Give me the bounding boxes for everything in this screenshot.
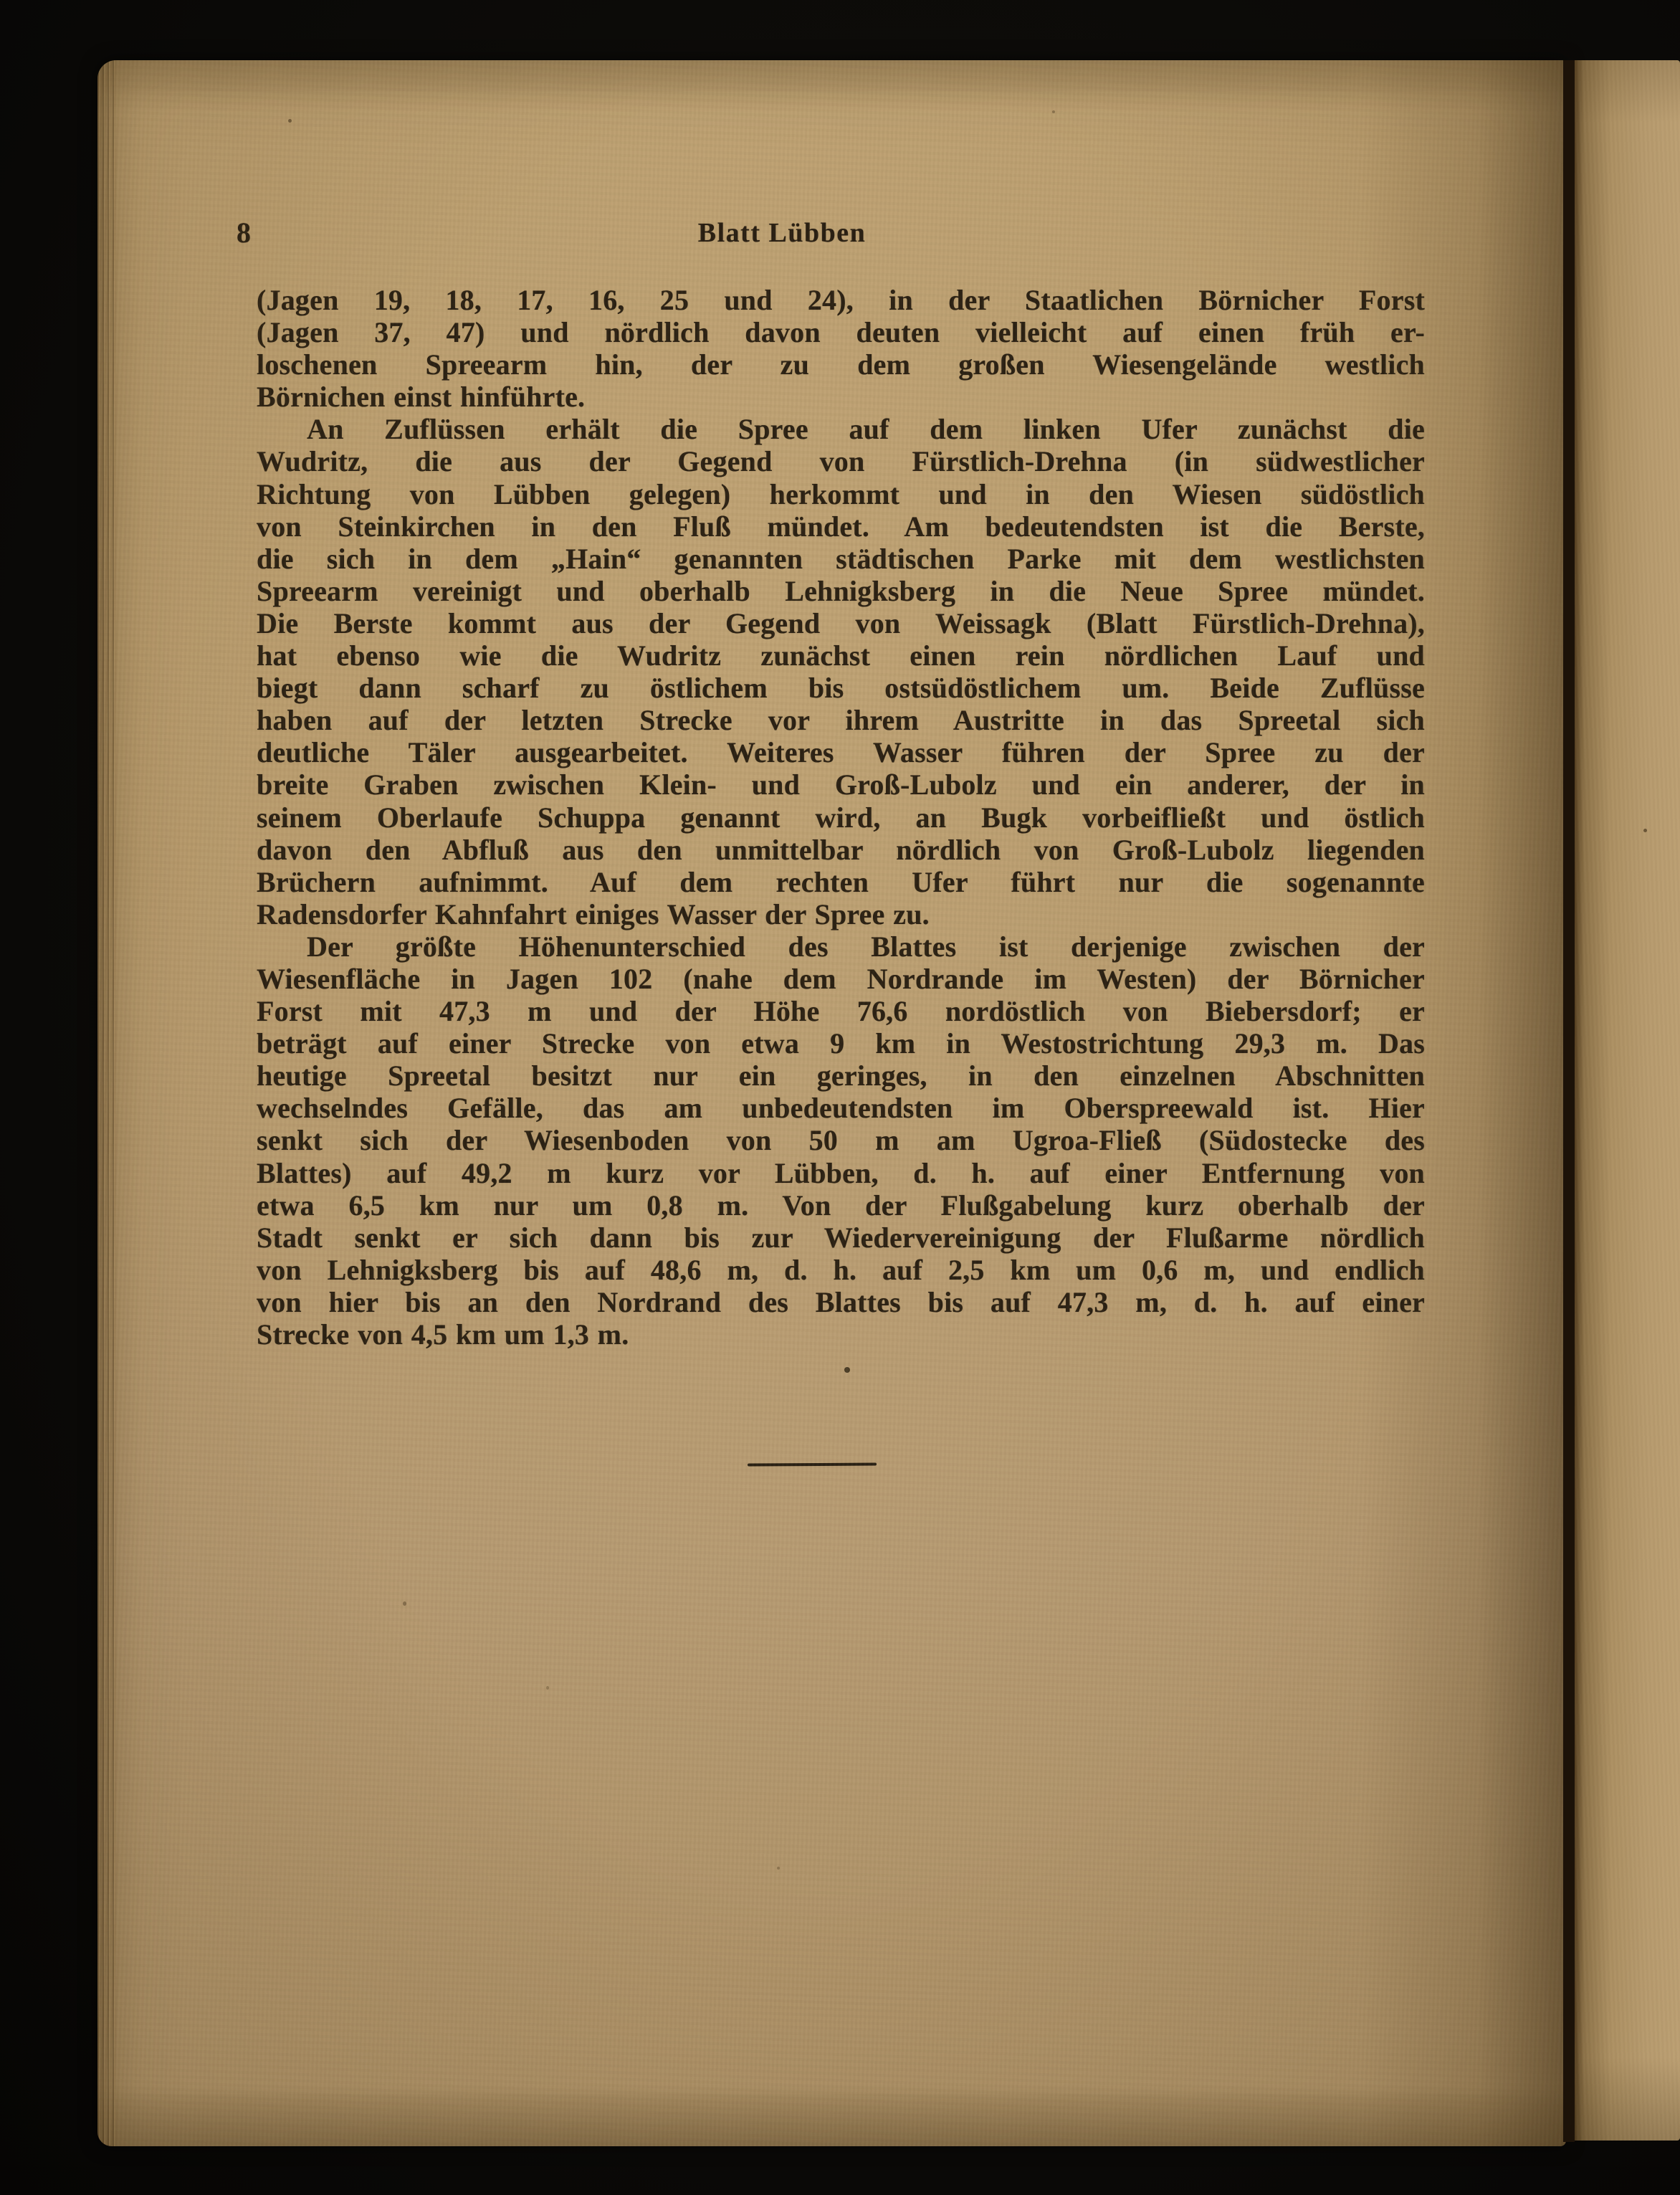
- text-line: Strecke von 4,5 km um 1,3 m.: [257, 1318, 1425, 1351]
- text-line: hat ebenso wie die Wudritz zunächst eine…: [257, 639, 1425, 672]
- text-line: beträgt auf einer Strecke von etwa 9 km …: [257, 1027, 1425, 1060]
- text-line: deutliche Täler ausgearbeitet. Weiteres …: [257, 736, 1425, 768]
- text-line: Richtung von Lübben gelegen) herkommt un…: [257, 478, 1425, 510]
- paper-speck: [403, 1601, 406, 1606]
- text-block: (Jagen 19, 18, 17, 16, 25 und 24), in de…: [257, 284, 1425, 1351]
- text-line: biegt dann scharf zu östlichem bis ostsü…: [257, 672, 1425, 704]
- text-line: Der größte Höhenunterschied des Blattes …: [257, 930, 1425, 963]
- text-line: (Jagen 37, 47) und nördlich davon deuten…: [257, 316, 1425, 348]
- page-edge-stack: [97, 60, 116, 2146]
- paper-speck: [546, 1686, 549, 1690]
- text-line: Brüchern aufnimmt. Auf dem rechten Ufer …: [257, 866, 1425, 898]
- text-line: von hier bis an den Nordrand des Blattes…: [257, 1286, 1425, 1318]
- text-line: davon den Abfluß aus den unmittelbar nör…: [257, 834, 1425, 866]
- text-line: Die Berste kommt aus der Gegend von Weis…: [257, 607, 1425, 639]
- facing-page-edge: [1575, 60, 1680, 2141]
- page-number: 8: [237, 216, 252, 249]
- text-line: Wiesenfläche in Jagen 102 (nahe dem Nord…: [257, 963, 1425, 995]
- binding-gutter-shadow: [1563, 60, 1575, 2142]
- text-line: seinem Oberlaufe Schuppa genannt wird, a…: [257, 801, 1425, 834]
- text-line: heutige Spreetal besitzt nur ein geringe…: [257, 1060, 1425, 1092]
- text-line: breite Graben zwischen Klein- und Groß-L…: [257, 768, 1425, 801]
- separator-rule: [748, 1463, 877, 1467]
- text-line: die sich in dem „Hain“ genannten städtis…: [257, 543, 1425, 575]
- paper-speck: [777, 1867, 780, 1870]
- text-line: Spreearm vereinigt und oberhalb Lehnigks…: [257, 575, 1425, 607]
- printed-center-dot: [844, 1367, 850, 1373]
- text-line: Radensdorfer Kahnfahrt einiges Wasser de…: [257, 898, 1425, 930]
- scan-background: { "colors": { "background": "#0a0907", "…: [0, 0, 1680, 2195]
- book-page: 8 Blatt Lübben (Jagen 19, 18, 17, 16, 25…: [97, 60, 1566, 2146]
- text-line: von Lehnigksberg bis auf 48,6 m, d. h. a…: [257, 1254, 1425, 1286]
- running-title: Blatt Lübben: [698, 217, 866, 249]
- text-line: von Steinkirchen in den Fluß mündet. Am …: [257, 510, 1425, 543]
- text-line: Forst mit 47,3 m und der Höhe 76,6 nordö…: [257, 995, 1425, 1027]
- paper-speck: [1643, 829, 1647, 832]
- text-line: (Jagen 19, 18, 17, 16, 25 und 24), in de…: [257, 284, 1425, 316]
- text-line: loschenen Spreearm hin, der zu dem große…: [257, 348, 1425, 381]
- text-line: senkt sich der Wiesenboden von 50 m am U…: [257, 1124, 1425, 1156]
- paper-speck: [1052, 110, 1055, 113]
- text-line: Stadt senkt er sich dann bis zur Wiederv…: [257, 1222, 1425, 1254]
- text-line: wechselndes Gefälle, das am unbedeutends…: [257, 1092, 1425, 1124]
- text-line: Wudritz, die aus der Gegend von Fürstlic…: [257, 445, 1425, 477]
- paper-speck: [288, 119, 292, 123]
- text-line: haben auf der letzten Strecke vor ihrem …: [257, 704, 1425, 736]
- text-line: An Zuflüssen erhält die Spree auf dem li…: [257, 413, 1425, 445]
- text-line: Börnichen einst hinführte.: [257, 381, 1425, 413]
- text-line: Blattes) auf 49,2 m kurz vor Lübben, d. …: [257, 1157, 1425, 1189]
- text-line: etwa 6,5 km nur um 0,8 m. Von der Flußga…: [257, 1189, 1425, 1222]
